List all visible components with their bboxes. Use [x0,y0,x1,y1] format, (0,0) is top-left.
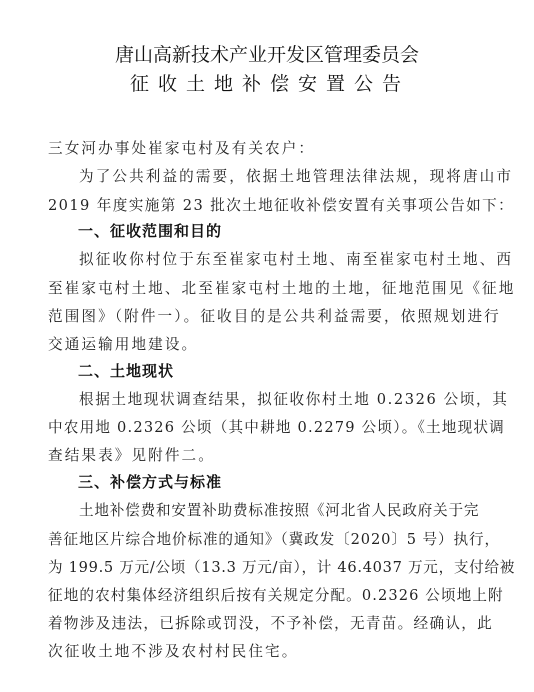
paragraph-line: 交通运输用地建设。 [48,333,488,354]
paragraph-line: 查结果表》见附件二。 [48,444,488,465]
paragraph-line: 2019 年度实施第 23 批次土地征收补偿安置有关事项公告如下： [48,194,488,215]
paragraph-line: 征地的农村集体经济组织后按有关规定分配。0.2326 公顷地上附 [48,584,488,605]
document-title-subject: 征收土地补偿安置公告 [0,69,534,96]
paragraph-line: 范围图》（附件一）。征收目的是公共利益需要，依照规划进行 [48,305,488,326]
section-heading-3: 三、补偿方式与标准 [78,471,518,492]
document-title-issuer: 唐山高新技术产业开发区管理委员会 [0,40,534,67]
paragraph-line: 次征收土地不涉及农村村民住宅。 [48,640,488,661]
paragraph-line: 为了公共利益的需要，依据土地管理法律法规，现将唐山市 [79,165,519,186]
paragraph-line: 着物涉及违法，已拆除或罚没，不予补偿，无青苗。经确认，此 [48,612,488,633]
section-heading-1: 一、征收范围和目的 [78,220,518,241]
paragraph-line: 为 199.5 万元/公顷（13.3 万元/亩），计 46.4037 万元，支付… [48,556,488,577]
paragraph-line: 善征地区片综合地价标准的通知》（冀政发〔2020〕5 号）执行， [48,528,488,549]
paragraph-line: 至崔家屯村土地、北至崔家屯村土地的土地，征地范围见《征地 [48,277,488,298]
paragraph-line: 中农用地 0.2326 公顷（其中耕地 0.2279 公顷）。《土地现状调 [48,416,488,437]
paragraph-line: 拟征收你村位于东至崔家屯村土地、南至崔家屯村土地、西 [79,248,519,269]
paragraph-line: 土地补偿费和安置补助费标准按照《河北省人民政府关于完 [79,499,519,520]
addressee-line: 三女河办事处崔家屯村及有关农户： [48,137,488,158]
section-heading-2: 二、土地现状 [78,360,518,381]
paragraph-line: 根据土地现状调查结果，拟征收你村土地 0.2326 公顷，其 [79,388,519,409]
